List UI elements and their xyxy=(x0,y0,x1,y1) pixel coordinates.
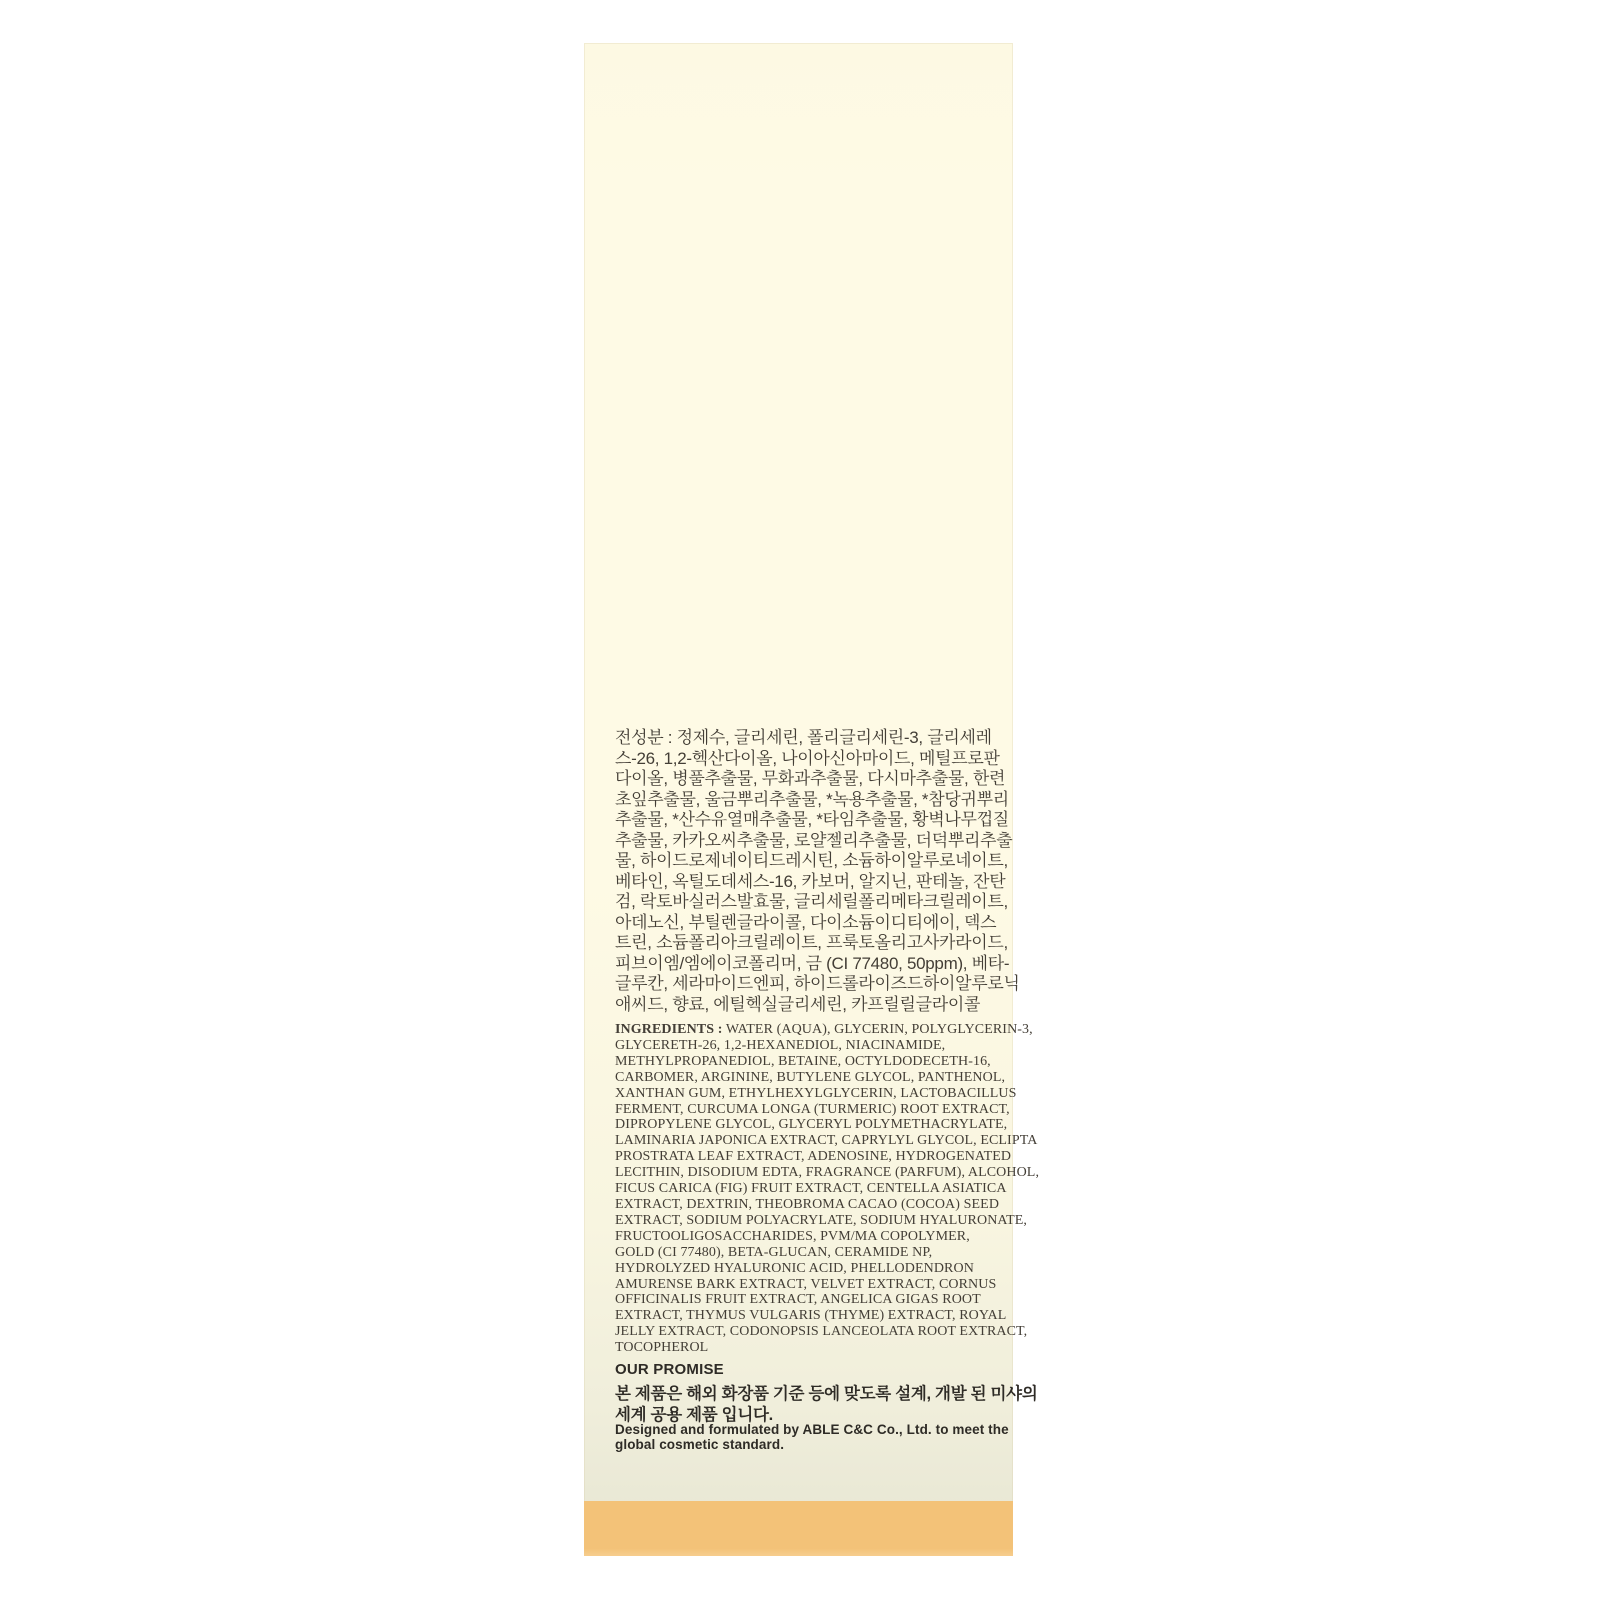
ingredients-first-line-rest: WATER (AQUA), GLYCERIN, POLYGLYCERIN-3, xyxy=(723,1022,1033,1037)
ingredients-english-first-line: INGREDIENTS : WATER (AQUA), GLYCERIN, PO… xyxy=(615,1022,977,1038)
our-promise-heading: OUR PROMISE xyxy=(615,1361,724,1378)
ingredients-english-text: INGREDIENTS : WATER (AQUA), GLYCERIN, PO… xyxy=(615,1022,977,1356)
ingredients-label: INGREDIENTS : xyxy=(615,1022,723,1037)
bottom-accent-strip xyxy=(584,1501,1013,1556)
promise-english-text: Designed and formulated by ABLE C&C Co.,… xyxy=(615,1422,995,1452)
ingredients-english-lines: GLYCERETH-26, 1,2-HEXANEDIOL, NIACINAMID… xyxy=(615,1038,977,1356)
product-box-back-panel: 전성분 : 정제수, 글리세린, 폴리글리세린-3, 글리세레스-26, 1,2… xyxy=(584,43,1013,1556)
ingredients-korean-text: 전성분 : 정제수, 글리세린, 폴리글리세린-3, 글리세레스-26, 1,2… xyxy=(615,728,973,1015)
product-photo: 전성분 : 정제수, 글리세린, 폴리글리세린-3, 글리세레스-26, 1,2… xyxy=(0,0,1600,1600)
promise-korean-text: 본 제품은 해외 화장품 기준 등에 맞도록 설계, 개발 된 미샤의세계 공용… xyxy=(615,1384,1010,1426)
